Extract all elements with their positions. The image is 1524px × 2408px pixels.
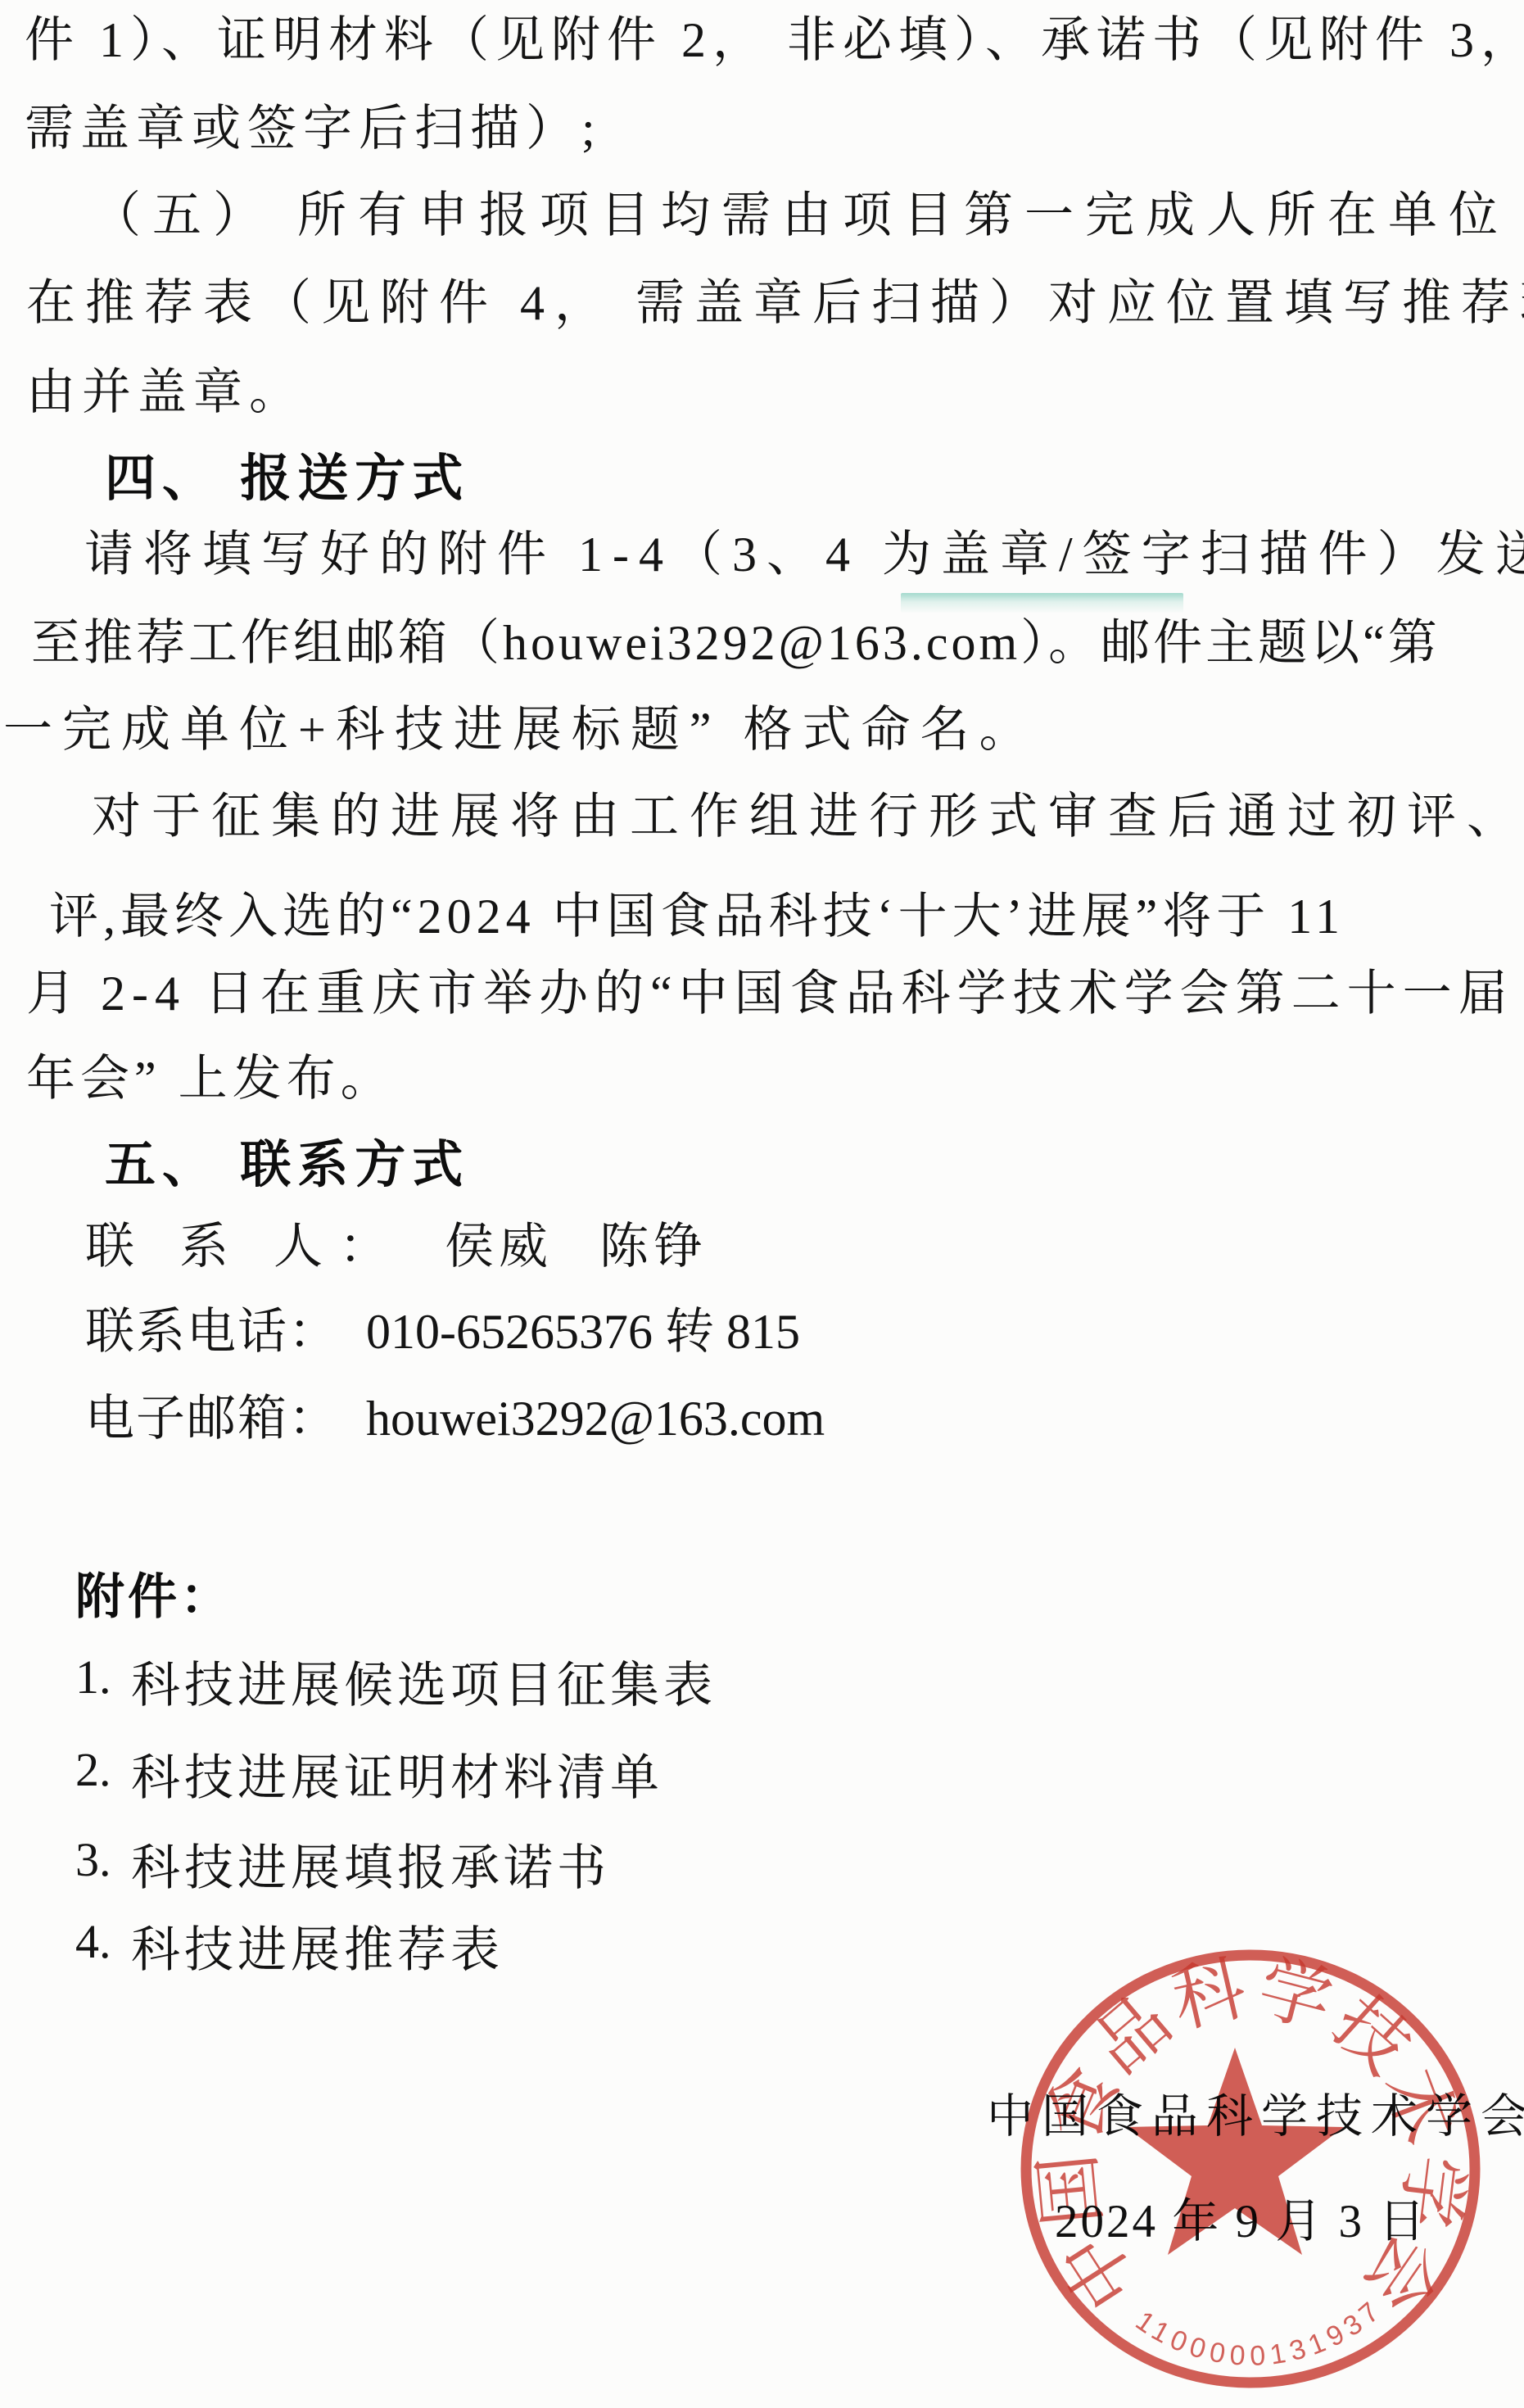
body-line: 至推荐工作组邮箱（houwei3292@163.com）。邮件主题以“第	[31, 616, 1440, 671]
contact-email-label: 电子邮箱：	[85, 1379, 339, 1450]
scan-highlight-artifact	[901, 593, 1183, 613]
section-heading-submission: 四、 报送方式	[105, 437, 469, 510]
attachment-number: 2.	[75, 1742, 111, 1797]
body-line: 年会” 上发布。	[26, 1052, 395, 1107]
document-page: 件 1）、证明材料（见附件 2， 非必填）、承诺书（见附件 3， 需盖章或签字后…	[0, 0, 1524, 2408]
body-line: （五） 所有申报项目均需由项目第一完成人所在单位	[92, 188, 1509, 243]
attachment-title: 科技进展证明材料清单	[131, 1739, 663, 1809]
attachment-number: 3.	[75, 1832, 111, 1887]
body-line: 需盖章或签字后扫描）;	[25, 102, 602, 156]
contact-phone-label: 联系电话：	[85, 1292, 339, 1363]
attachment-title: 科技进展推荐表	[131, 1911, 504, 1981]
attachment-title: 科技进展候选项目征集表	[131, 1646, 717, 1717]
body-line: 对于征集的进展将由工作组进行形式审查后通过初评、终	[92, 790, 1524, 844]
contact-email-address: houwei3292@163.com	[366, 1391, 825, 1447]
attachment-number: 1.	[75, 1650, 111, 1704]
contact-person-label: 联 系 人：	[85, 1207, 405, 1278]
contact-phone-number: 010-65265376 转 815	[366, 1292, 800, 1363]
official-seal-stamp: 中国食品科学技术学会 1100000131937	[1014, 1948, 1487, 2406]
seal-registration-number: 1100000131937	[1130, 2293, 1390, 2372]
seal-ring	[1026, 1955, 1475, 2383]
section-heading-contact: 五、 联系方式	[105, 1124, 469, 1197]
attachment-number: 4.	[75, 1914, 111, 1969]
body-line: 评,最终入选的“2024 中国食品科技‘十大’进展”将于 11	[49, 889, 1345, 944]
contact-phone-row: 联系电话： 010-65265376 转 815	[85, 1292, 800, 1363]
signature-organization: 中国食品科学技术学会	[987, 2079, 1524, 2146]
contact-person-names: 侯威 陈铮	[445, 1207, 708, 1278]
contact-email-row: 电子邮箱： houwei3292@163.com	[85, 1379, 825, 1450]
body-line: 请将填写好的附件 1-4（3、4 为盖章/签字扫描件）发送	[84, 527, 1524, 582]
signature-date: 2024 年 9 月 3 日	[1055, 2184, 1427, 2251]
body-line: 月 2-4 日在重庆市举办的“中国食品科学技术学会第二十一届	[26, 966, 1514, 1021]
contact-person-row: 联 系 人： 侯威 陈铮	[85, 1207, 708, 1278]
body-line: 由并盖章。	[26, 365, 305, 420]
body-line: 在推荐表（见附件 4， 需盖章后扫描）对应位置填写推荐理	[26, 276, 1524, 331]
body-line: 件 1）、证明材料（见附件 2， 非必填）、承诺书（见附件 3，	[25, 13, 1524, 68]
attachment-title: 科技进展填报承诺书	[131, 1829, 610, 1899]
attachments-heading: 附件：	[75, 1558, 233, 1628]
body-line: 一完成单位+科技进展标题” 格式命名。	[3, 703, 1038, 758]
